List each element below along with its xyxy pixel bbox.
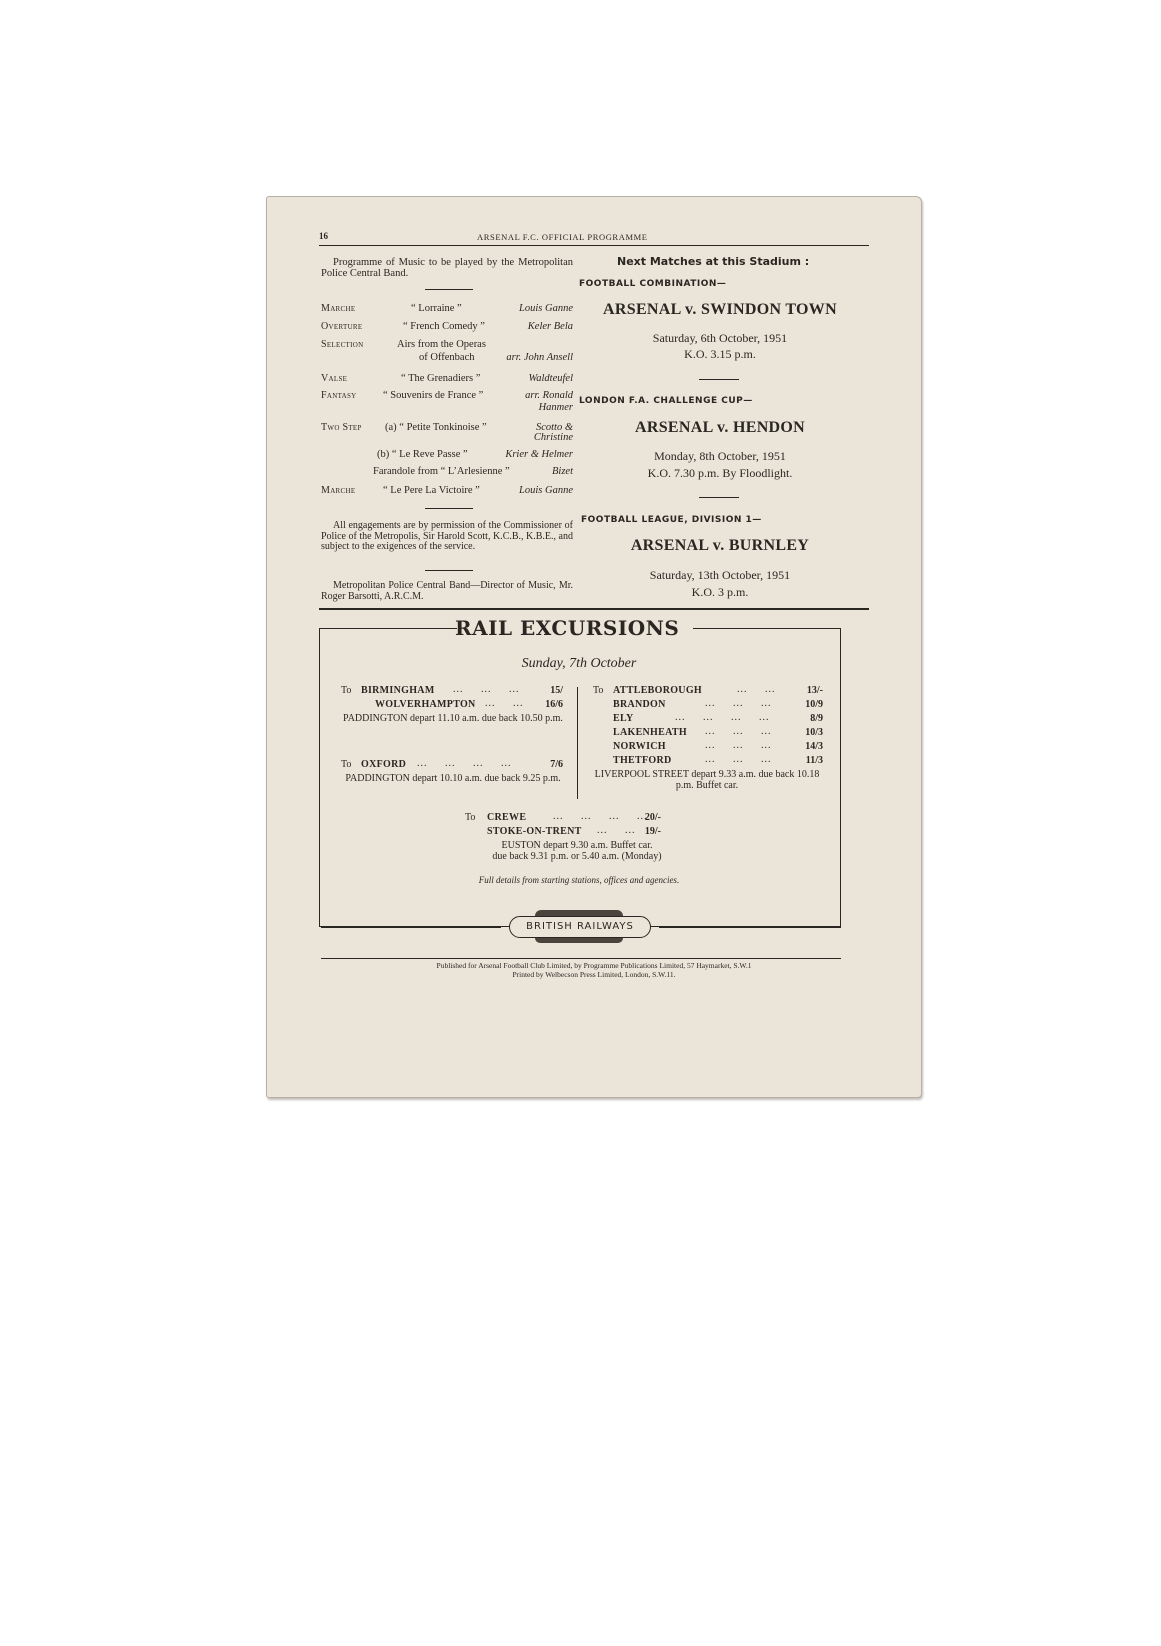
fare: 11/3 [787,755,823,766]
music-composer: Louis Ganne [519,303,573,314]
music-intro: Programme of Music to be played by the M… [321,257,573,279]
logo-totem-bottom [535,938,623,943]
return-note: due back 9.31 p.m. or 5.40 a.m. (Monday) [447,852,707,863]
destination: CREWE [487,811,526,825]
music-composer: Waldteufel [528,373,573,384]
fixture: ARSENAL v. BURNLEY [585,537,855,555]
destination: OXFORD [361,758,406,772]
competition-label: LONDON F.A. CHALLENGE CUP— [579,396,753,406]
to-label: To [593,684,603,698]
music-composer: Krier & Helmer [505,449,573,460]
logo-rule-right [659,927,841,928]
fare: 19/- [633,826,661,837]
programme-page: 16 ARSENAL F.C. OFFICIAL PROGRAMME Progr… [266,196,922,1098]
leader-dots: ... ... [597,825,636,836]
departure-note: LIVERPOOL STREET depart 9.33 a.m. due ba… [587,770,827,791]
competition-label: FOOTBALL LEAGUE, DIVISION 1— [581,515,762,525]
music-composer-line2: Christine [534,432,573,443]
destination: STOKE-ON-TRENT [487,825,582,839]
music-composer-line2: Hanmer [539,402,573,413]
music-kind: Fantasy [321,390,357,401]
music-title: “ Lorraine ” [411,303,462,314]
fare: 10/9 [787,699,823,710]
music-kind: Two Step [321,422,362,433]
fare: 8/9 [787,713,823,724]
kickoff-time: K.O. 3.15 p.m. [585,347,855,362]
leader-dots: ... ... ... [705,740,772,751]
music-item: Selection Airs from the Operas of Offenb… [321,339,573,365]
kickoff-time: K.O. 3 p.m. [585,585,855,600]
fixture: ARSENAL v. HENDON [585,419,855,437]
music-title: “ French Comedy ” [403,321,485,332]
match-date: Saturday, 13th October, 1951 [585,568,855,583]
music-title: “ Le Pere La Victoire ” [383,485,480,496]
leader-dots: ... ... ... [705,698,772,709]
rail-date: Sunday, 7th October [267,656,891,672]
rail-title: RAIL EXCURSIONS [455,616,679,640]
fare: 20/- [633,812,661,823]
destination: NORWICH [613,740,666,754]
music-item: Fantasy “ Souvenirs de France ” arr. Ron… [321,390,573,416]
competition-label: FOOTBALL COMBINATION— [579,279,726,289]
column-divider [577,687,578,799]
music-item: Two Step (a) “ Petite Tonkinoise ” Scott… [321,422,573,444]
destination: LAKENHEATH [613,726,687,740]
logo-rule-left [321,927,501,928]
next-matches-heading: Next Matches at this Stadium : [617,255,809,268]
music-composer: arr. Ronald [525,390,573,401]
divider [699,497,739,498]
music-kind: Marche [321,303,355,314]
publisher-line: Published for Arsenal Football Club Limi… [267,961,921,970]
to-label: To [465,811,475,825]
match-date: Saturday, 6th October, 1951 [585,331,855,346]
section-rule [319,608,869,610]
music-composer: Keler Bela [528,321,573,332]
kickoff-time: K.O. 7.30 p.m. By Floodlight. [585,466,855,481]
departure-note: EUSTON depart 9.30 a.m. Buffet car. [447,841,707,852]
fare: 16/6 [533,699,563,710]
leader-dots: ... ... [485,698,524,709]
departure-note: PADDINGTON depart 11.10 a.m. due back 10… [339,714,567,725]
leader-dots: ... ... ... ... [675,712,770,723]
to-label: To [341,758,351,772]
music-kind: Selection [321,339,363,350]
destination: WOLVERHAMPTON [375,698,476,712]
music-kind: Overture [321,321,362,332]
music-title: Farandole from “ L’Arlesienne ” [373,466,510,477]
fare: 15/ [533,685,563,696]
header-rule [319,245,869,246]
music-composer: Bizet [552,466,573,477]
destination: BIRMINGHAM [361,684,435,698]
running-title: ARSENAL F.C. OFFICIAL PROGRAMME [477,232,648,242]
fare: 13/- [787,685,823,696]
divider [425,570,473,571]
director-note: Metropolitan Police Central Band—Directo… [321,581,573,602]
fare: 10/3 [787,727,823,738]
music-composer: arr. John Ansell [506,352,573,363]
music-kind: Marche [321,485,355,496]
footer-rule [321,958,841,959]
music-title-line2: of Offenbach [419,352,475,363]
fare: 7/6 [533,759,563,770]
music-title: Airs from the Operas [397,339,486,350]
music-kind: Valse [321,373,347,384]
leader-dots: ... ... ... ... [417,758,512,769]
publisher-footer: Published for Arsenal Football Club Limi… [267,961,921,979]
permission-note: All engagements are by permission of the… [321,521,573,553]
leader-dots: ... ... [737,684,776,695]
leader-dots: ... ... ... [453,684,520,695]
destination: ATTLEBOROUGH [613,684,702,698]
match-date: Monday, 8th October, 1951 [585,449,855,464]
full-details-note: Full details from starting stations, off… [267,875,891,885]
leader-dots: ... ... ... [705,754,772,765]
fare: 14/3 [787,741,823,752]
divider [699,379,739,380]
divider [425,508,473,509]
destination: THETFORD [613,754,672,768]
destination: ELY [613,712,634,726]
to-label: To [341,684,351,698]
music-title: “ The Grenadiers ” [401,373,480,384]
fixture: ARSENAL v. SWINDON TOWN [585,301,855,319]
destination: BRANDON [613,698,666,712]
page-number: 16 [319,231,328,241]
printer-line: Printed by Welbecson Press Limited, Lond… [267,970,921,979]
music-title: (a) “ Petite Tonkinoise ” [385,422,487,433]
divider [425,289,473,290]
music-title: “ Souvenirs de France ” [383,390,483,401]
departure-note: PADDINGTON depart 10.10 a.m. due back 9.… [339,774,567,785]
british-railways-logo: BRITISH RAILWAYS [509,916,651,938]
music-composer: Louis Ganne [519,485,573,496]
music-title: (b) “ Le Reve Passe ” [377,449,468,460]
leader-dots: ... ... ... [705,726,772,737]
